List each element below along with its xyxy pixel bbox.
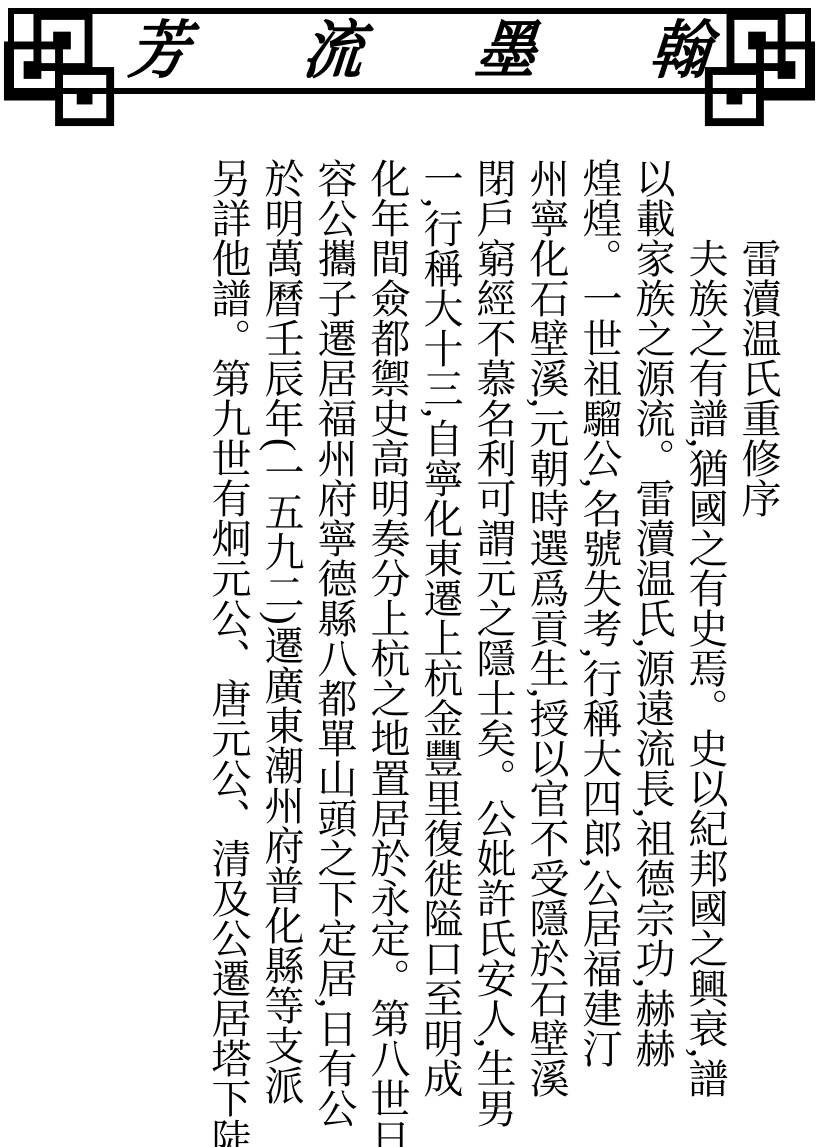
- text-column: 一,行稱大十三,自寧化東遷上杭金豐里復徙隘口至明成: [420, 158, 460, 1147]
- text-column: 以載家族之源流。雷瀆温氏,源遠流長,祖德宗功,赫赫: [632, 158, 672, 1147]
- text-column: 閉戶窮經不慕名利可謂元之隱士矣。公妣許氏安人,生男: [473, 158, 513, 1147]
- text-column: 夫族之有譜,猶國之有史焉。史以紀邦國之興衰,譜: [685, 158, 725, 1147]
- header-banner-frame: 芳 流 墨 翰: [8, 8, 811, 94]
- text-column: 於明萬曆壬辰年(一五九二)遷廣東潮州府普化縣等支派: [261, 158, 301, 1147]
- preface-title-column: 雷瀆温氏重修序: [738, 158, 778, 1147]
- text-column: 化年間僉都禦史高明奏分上杭之地置居於永定。第八世日: [367, 158, 407, 1147]
- knot-ornament-icon: [699, 10, 817, 132]
- banner-char-2: 墨: [474, 20, 540, 83]
- text-column: 煌煌。一世祖騮公,名號失考,行稱大四郎,公居福建汀: [579, 158, 619, 1147]
- preface-text-body: 雷瀆温氏重修序 夫族之有譜,猶國之有史焉。史以紀邦國之興衰,譜 以載家族之源流。…: [30, 158, 791, 1147]
- genealogy-page: { "header": { "title_rtl": "翰墨流芳", "disp…: [0, 0, 819, 1147]
- text-column: 容公攜子遷居福州府寧德縣八都單山頭之下定居,日有公: [314, 158, 354, 1147]
- banner-char-4: 芳: [126, 20, 192, 83]
- knot-ornament-icon: [2, 10, 120, 132]
- banner-char-3: 流: [300, 20, 366, 83]
- text-column: 州寧化石壁溪,元朝時選爲貢生,授以官不受隱於石壁溪: [526, 158, 566, 1147]
- text-column: 另詳他譜。第九世有炯元公、唐元公、清及公遷居塔下陡: [208, 158, 248, 1147]
